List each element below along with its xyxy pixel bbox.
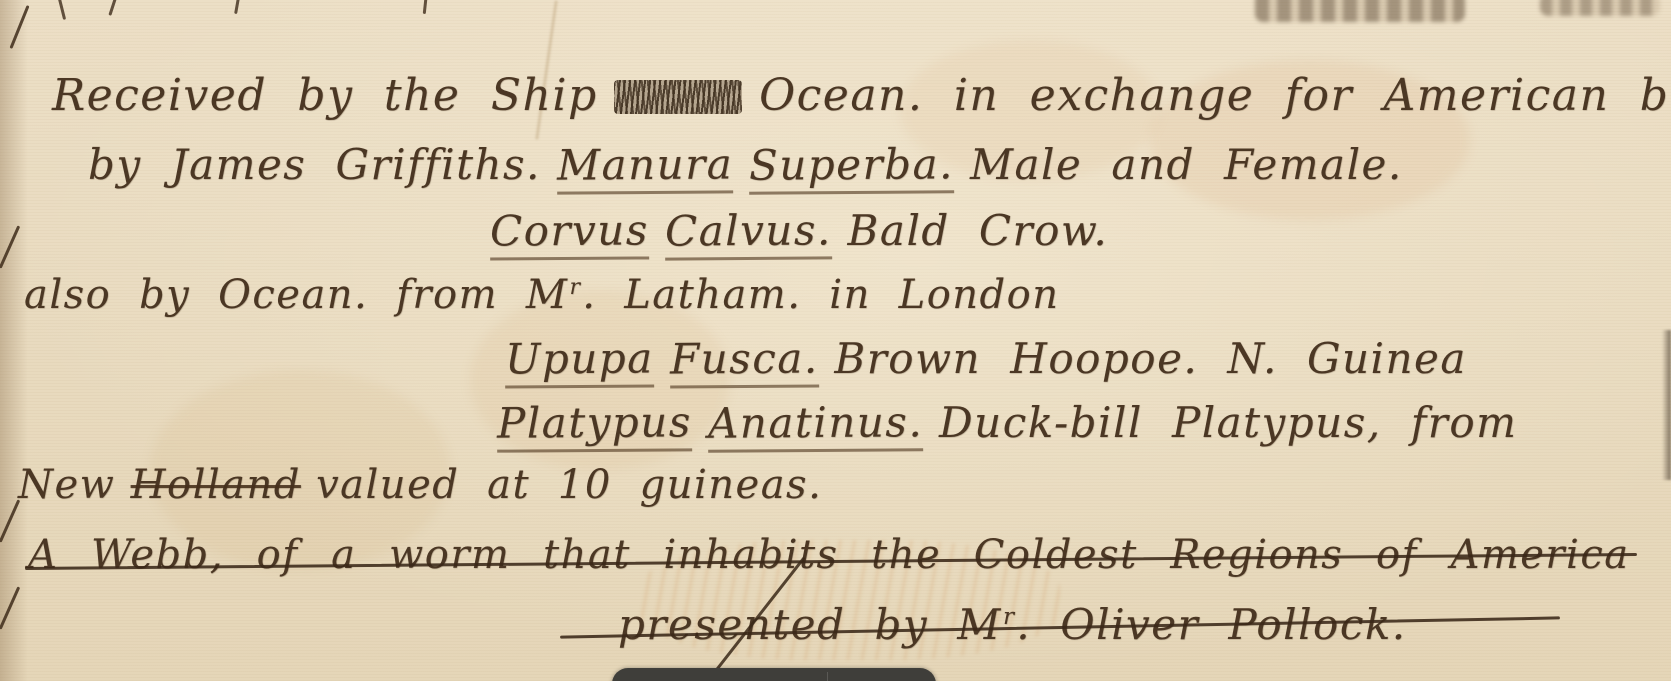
manuscript-scan: { "page": { "kind": "handwritten-manuscr… — [0, 0, 1671, 681]
page-gutter-shadow — [0, 0, 28, 681]
species-name-underlined: Platypus — [497, 397, 692, 452]
line4-text: . Latham. in London — [582, 272, 1059, 318]
manuscript-line-7: NewHollandvalued at 10 guineas. — [18, 462, 837, 508]
manuscript-line-5: UpupaFusca.Brown Hoopoe. N. Guinea — [505, 334, 1483, 388]
struck-word: Holland — [131, 462, 301, 508]
manuscript-line-3: CorvusCalvus.Bald Crow. — [490, 206, 1124, 260]
species-name-underlined: Calvus. — [665, 205, 832, 260]
species-name-underlined: Anatinus. — [708, 397, 924, 453]
manuscript-line-1: Received by the ShipOcean. in exchange f… — [52, 70, 1671, 121]
line5-text: Brown Hoopoe. N. Guinea — [834, 334, 1467, 383]
species-name-underlined: Fusca. — [670, 333, 819, 388]
cropped-line-fragment — [108, 0, 118, 16]
manuscript-line-6: PlatypusAnatinus.Duck-bill Platypus, fro… — [497, 398, 1533, 452]
species-name-underlined: Upupa — [505, 333, 654, 388]
ink-bleed-through — [1540, 0, 1660, 16]
line3-text: Bald Crow. — [848, 206, 1109, 255]
line2-text: by James Griffiths. — [88, 140, 541, 189]
bottom-overlay-toolbar[interactable] — [612, 668, 936, 681]
species-name-underlined: Superba. — [749, 139, 954, 194]
line9-text: presented by M — [618, 600, 1002, 649]
line6-text: Duck-bill Platypus, from — [939, 398, 1518, 447]
line7-text: New — [18, 462, 115, 508]
toolbar-divider — [827, 672, 828, 681]
species-name-underlined: Manura — [557, 139, 734, 194]
superscript-r: r — [570, 275, 582, 300]
line7-text: valued at 10 guineas. — [316, 462, 822, 508]
line1-text: Received by the Ship — [52, 70, 598, 121]
line1-text: Ocean. in exchange for American birds — [759, 70, 1671, 121]
line4-text: also by Ocean. from M — [24, 272, 568, 318]
manuscript-line-4: also by Ocean. from Mr. Latham. in Londo… — [24, 272, 1075, 318]
cropped-line-fragment — [423, 0, 428, 14]
cropped-line-fragment — [234, 0, 241, 14]
species-name-underlined: Corvus — [490, 205, 649, 260]
cropped-line-fragment — [57, 0, 66, 20]
ink-bleed-through — [1255, 0, 1465, 22]
scribbled-out-word — [614, 80, 742, 114]
manuscript-line-2: by James Griffiths.ManuraSuperba.Male an… — [88, 140, 1419, 194]
line2-text: Male and Female. — [970, 140, 1403, 189]
page-edge-shadow — [1662, 330, 1671, 480]
